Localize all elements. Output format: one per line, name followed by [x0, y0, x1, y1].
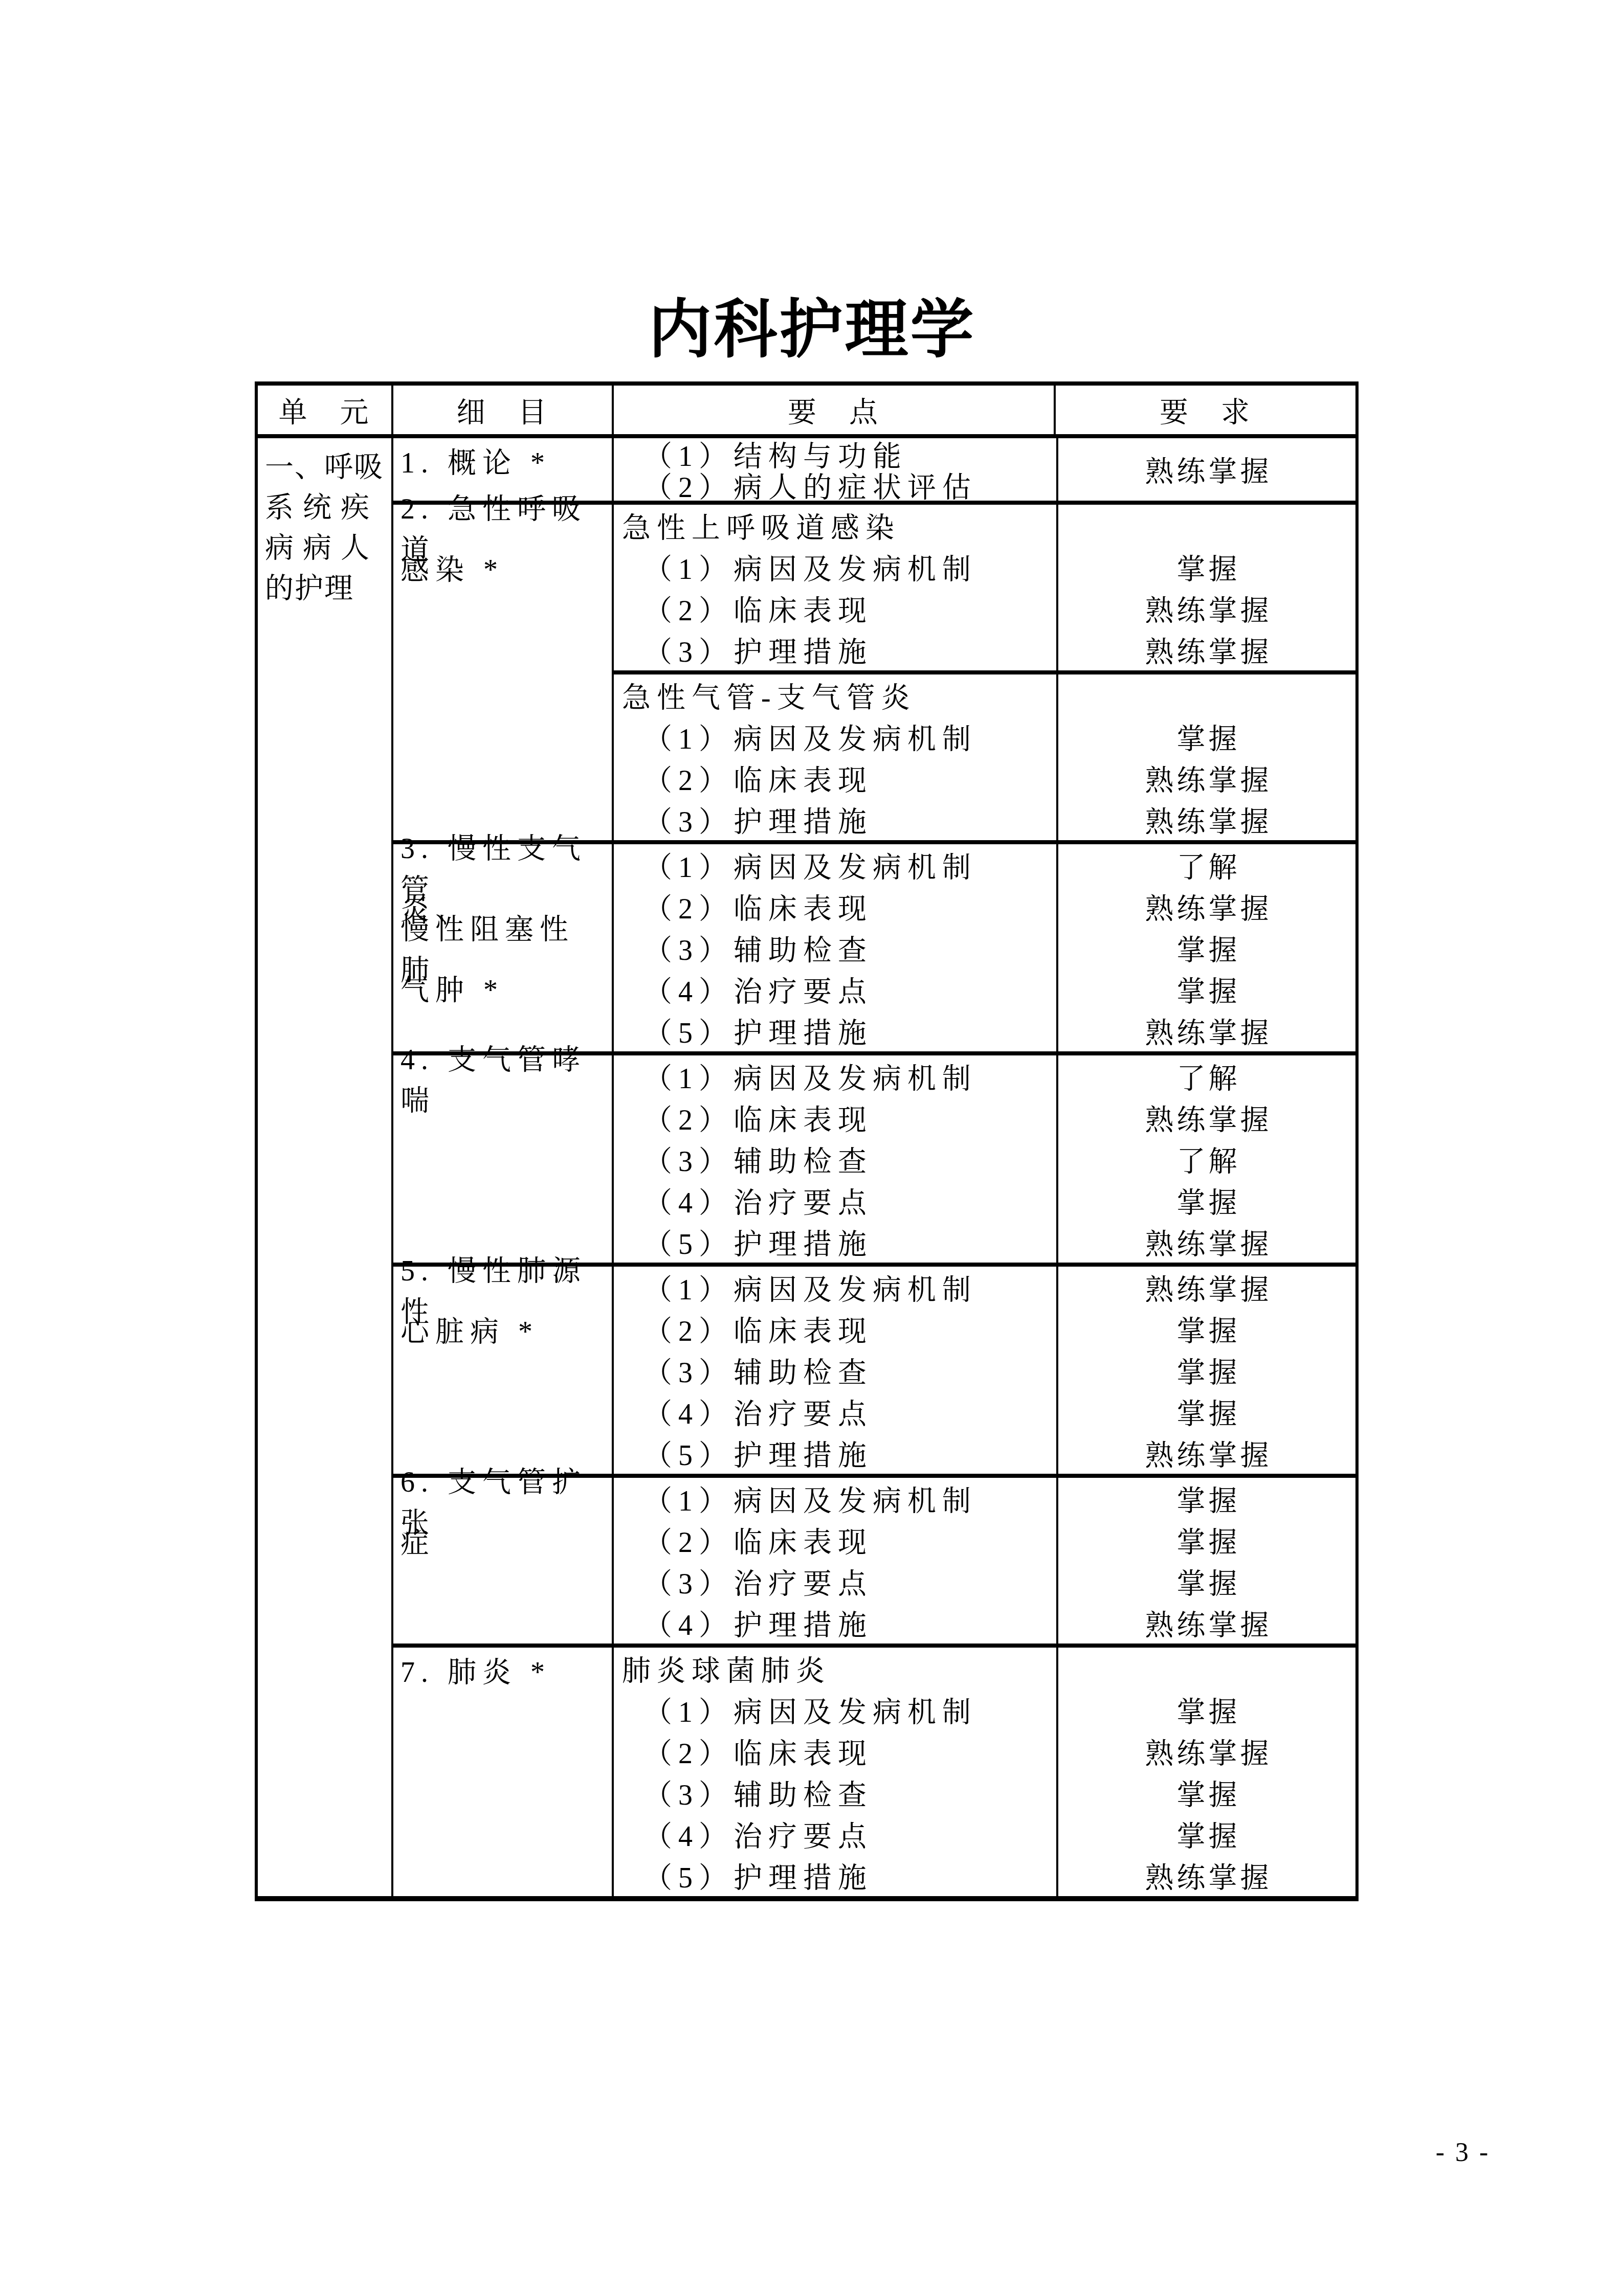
requirement-text: 掌握 [1174, 1520, 1240, 1561]
point-row: （2）临床表现掌握 [614, 1308, 1355, 1349]
requirement-cell: 掌握 [1056, 716, 1355, 757]
point-cell: （2）临床表现 [614, 1730, 1056, 1772]
point-block: （1）结构与功能（2）病人的症状评估熟练掌握 [614, 438, 1355, 501]
requirement-cell: 掌握 [1056, 1813, 1355, 1855]
point-block: （1）病因及发病机制掌握（2）临床表现掌握（3）治疗要点掌握（4）护理措施熟练掌… [614, 1478, 1355, 1644]
point-cell: （3）辅助检查 [614, 1772, 1056, 1813]
point-row: （5）护理措施熟练掌握 [614, 1010, 1355, 1051]
table-section: 7. 肺炎 *肺炎球菌肺炎（1）病因及发病机制掌握（2）临床表现熟练掌握（3）辅… [393, 1644, 1355, 1896]
requirement-text: 掌握 [1174, 1690, 1240, 1730]
requirement-cell: 熟练掌握 [1056, 886, 1355, 927]
requirement-text: 掌握 [1174, 1350, 1240, 1391]
requirement-text: 熟练掌握 [1142, 1731, 1272, 1772]
point-cell: （5）护理措施 [614, 1432, 1056, 1474]
requirement-cell: 熟练掌握 [1056, 1097, 1355, 1138]
requirement-cell: 掌握 [1056, 1772, 1355, 1813]
document-title: 内科护理学 [0, 279, 1624, 370]
requirement-text: 熟练掌握 [1142, 588, 1272, 629]
point-block: （1）病因及发病机制了解（2）临床表现熟练掌握（3）辅助检查掌握（4）治疗要点掌… [614, 844, 1355, 1051]
point-row: （3）辅助检查了解 [614, 1138, 1355, 1180]
requirement-text: 了解 [1174, 1139, 1240, 1180]
point-cell: （1）病因及发病机制 [614, 716, 1056, 757]
requirement-cell: 掌握 [1056, 1689, 1355, 1730]
point-row: 急性上呼吸道感染 [614, 505, 1355, 546]
requirement-cell: 熟练掌握 [1056, 757, 1355, 799]
point-block: 肺炎球菌肺炎（1）病因及发病机制掌握（2）临床表现熟练掌握（3）辅助检查掌握（4… [614, 1648, 1355, 1896]
requirement-text: 熟练掌握 [1142, 1267, 1272, 1308]
point-blocks: 急性上呼吸道感染（1）病因及发病机制掌握（2）临床表现熟练掌握（3）护理措施熟练… [612, 505, 1355, 840]
requirement-text: 熟练掌握 [1142, 758, 1272, 799]
point-row: （1）病因及发病机制熟练掌握 [614, 1267, 1355, 1308]
requirement-cell: 了解 [1056, 844, 1355, 886]
requirement-text: 掌握 [1174, 1772, 1240, 1813]
requirement-cell: 熟练掌握 [1056, 1267, 1355, 1308]
item-cell: 6. 支气管扩张症 [393, 1478, 612, 1644]
point-cell: （5）护理措施 [614, 1221, 1056, 1263]
point-row: （5）护理措施熟练掌握 [614, 1855, 1355, 1896]
item-line: 1. 概论 * [401, 440, 609, 481]
point-row: （3）辅助检查掌握 [614, 1349, 1355, 1391]
unit-line: 一、呼吸 [265, 444, 387, 485]
item-line: 6. 支气管扩张 [401, 1480, 609, 1520]
unit-line: 病 病 人 [265, 525, 387, 566]
point-row: （2）临床表现熟练掌握 [614, 1730, 1355, 1772]
document-page: 内科护理学 单 元 细 目 要 点 要 求 一、呼吸 系 统 疾 病 病 人 的… [0, 0, 1624, 2296]
table-header-row: 单 元 细 目 要 点 要 求 [258, 386, 1355, 438]
point-row: （4）治疗要点掌握 [614, 1180, 1355, 1221]
point-row: （5）护理措施熟练掌握 [614, 1221, 1355, 1263]
item-line: 5. 慢性肺源性 [401, 1269, 609, 1309]
point-row: （1）病因及发病机制掌握 [614, 546, 1355, 588]
point-block: （1）病因及发病机制熟练掌握（2）临床表现掌握（3）辅助检查掌握（4）治疗要点掌… [614, 1267, 1355, 1474]
requirement-text: 掌握 [1174, 1309, 1240, 1349]
item-cell: 4. 支气管哮喘 [393, 1055, 612, 1263]
requirement-cell: 熟练掌握 [1056, 588, 1355, 629]
points-list: （1）结构与功能（2）病人的症状评估 [614, 438, 1056, 501]
requirement-cell: 掌握 [1056, 969, 1355, 1010]
requirement-text: 熟练掌握 [1142, 449, 1272, 490]
point-cell: （2）临床表现 [614, 1519, 1056, 1561]
table-section: 3. 慢性支气管炎、慢性阻塞性肺气肿 *（1）病因及发病机制了解（2）临床表现熟… [393, 840, 1355, 1051]
point-cell: （3）护理措施 [614, 799, 1056, 840]
table-section: 5. 慢性肺源性心脏病 *（1）病因及发病机制熟练掌握（2）临床表现掌握（3）辅… [393, 1263, 1355, 1474]
point-cell: （1）病因及发病机制 [614, 844, 1056, 886]
requirement-text: 掌握 [1174, 1391, 1240, 1432]
item-line: 3. 慢性支气管 [401, 846, 609, 887]
point-row: （4）治疗要点掌握 [614, 969, 1355, 1010]
col-header-unit: 单 元 [258, 386, 391, 434]
table-section: 2. 急性呼吸道感染 *急性上呼吸道感染（1）病因及发病机制掌握（2）临床表现熟… [393, 501, 1355, 840]
requirement-text: 熟练掌握 [1142, 1855, 1272, 1896]
point-cell: （1）病因及发病机制 [614, 546, 1056, 588]
item-line: 7. 肺炎 * [401, 1650, 609, 1690]
point-row: （5）护理措施熟练掌握 [614, 1432, 1355, 1474]
point-blocks: （1）病因及发病机制熟练掌握（2）临床表现掌握（3）辅助检查掌握（4）治疗要点掌… [612, 1267, 1355, 1474]
requirement-text: 熟练掌握 [1142, 1433, 1272, 1474]
point-cell: （1）病因及发病机制 [614, 1689, 1056, 1730]
point-row: （1）病因及发病机制掌握 [614, 1689, 1355, 1730]
unit-line: 的护理 [265, 566, 387, 606]
point-cell: （5）护理措施 [614, 1855, 1056, 1896]
block-title: 肺炎球菌肺炎 [614, 1648, 1056, 1689]
point-row: （1）病因及发病机制掌握 [614, 1478, 1355, 1519]
point-block: 急性气管-支气管炎（1）病因及发病机制掌握（2）临床表现熟练掌握（3）护理措施熟… [614, 670, 1355, 840]
point-row: （3）护理措施熟练掌握 [614, 799, 1355, 840]
point-cell: （2）临床表现 [614, 757, 1056, 799]
requirement-text: 熟练掌握 [1142, 1010, 1272, 1051]
point-row: （4）护理措施熟练掌握 [614, 1602, 1355, 1644]
point-blocks: 肺炎球菌肺炎（1）病因及发病机制掌握（2）临床表现熟练掌握（3）辅助检查掌握（4… [612, 1648, 1355, 1896]
point-row: （4）治疗要点掌握 [614, 1813, 1355, 1855]
requirement-text: 熟练掌握 [1142, 1603, 1272, 1644]
requirement-cell: 掌握 [1056, 1349, 1355, 1391]
requirement-text: 熟练掌握 [1142, 629, 1272, 670]
table-section: 6. 支气管扩张症（1）病因及发病机制掌握（2）临床表现掌握（3）治疗要点掌握（… [393, 1474, 1355, 1644]
requirement-cell: 了解 [1056, 1055, 1355, 1097]
unit-cell: 一、呼吸 系 统 疾 病 病 人 的护理 [258, 438, 391, 1896]
requirement-cell [1056, 1648, 1355, 1689]
requirement-cell: 掌握 [1056, 1180, 1355, 1221]
requirement-cell: 熟练掌握 [1056, 1730, 1355, 1772]
item-cell: 3. 慢性支气管炎、慢性阻塞性肺气肿 * [393, 844, 612, 1051]
point-row: （1）病因及发病机制掌握 [614, 716, 1355, 757]
point-cell: （1）病因及发病机制 [614, 1055, 1056, 1097]
table-body: 一、呼吸 系 统 疾 病 病 人 的护理 1. 概论 *（1）结构与功能（2）病… [258, 438, 1355, 1896]
requirement-cell: 熟练掌握 [1056, 1010, 1355, 1051]
point-cell: （1）病因及发病机制 [614, 1267, 1056, 1308]
point-cell: （3）辅助检查 [614, 927, 1056, 969]
point-row: （3）治疗要点掌握 [614, 1561, 1355, 1602]
requirement-text: 掌握 [1174, 716, 1240, 757]
point-blocks: （1）结构与功能（2）病人的症状评估熟练掌握 [612, 438, 1355, 501]
requirement-cell: 熟练掌握 [1056, 1602, 1355, 1644]
point-cell: （3）护理措施 [614, 629, 1056, 670]
point-cell: （2）临床表现 [614, 886, 1056, 927]
requirement-text: 掌握 [1174, 928, 1240, 969]
point-cell: （3）辅助检查 [614, 1349, 1056, 1391]
sections: 1. 概论 *（1）结构与功能（2）病人的症状评估熟练掌握2. 急性呼吸道感染 … [391, 438, 1355, 1896]
requirement-cell: 熟练掌握 [1056, 1221, 1355, 1263]
syllabus-table: 单 元 细 目 要 点 要 求 一、呼吸 系 统 疾 病 病 人 的护理 1. … [255, 381, 1359, 1901]
requirement-cell: 掌握 [1056, 1561, 1355, 1602]
item-cell: 5. 慢性肺源性心脏病 * [393, 1267, 612, 1474]
requirement-cell: 掌握 [1056, 1391, 1355, 1432]
point-cell: （4）治疗要点 [614, 1813, 1056, 1855]
requirement-cell: 熟练掌握 [1056, 629, 1355, 670]
requirement-cell: 掌握 [1056, 1308, 1355, 1349]
requirement-text: 熟练掌握 [1142, 886, 1272, 927]
requirement-text: 掌握 [1174, 1180, 1240, 1221]
requirement-text: 掌握 [1174, 1561, 1240, 1602]
block-title: 急性气管-支气管炎 [614, 674, 1056, 716]
point-blocks: （1）病因及发病机制了解（2）临床表现熟练掌握（3）辅助检查掌握（4）治疗要点掌… [612, 844, 1355, 1051]
requirement-text: 熟练掌握 [1142, 1097, 1272, 1138]
block-title: 急性上呼吸道感染 [614, 505, 1056, 546]
col-header-requirement: 要 求 [1054, 386, 1355, 434]
point-row: （3）护理措施熟练掌握 [614, 629, 1355, 670]
point-cell: （3）治疗要点 [614, 1561, 1056, 1602]
requirement-cell: 掌握 [1056, 546, 1355, 588]
requirement-cell [1056, 505, 1355, 546]
item-line: 2. 急性呼吸道 [401, 507, 609, 547]
point-row: （3）辅助检查掌握 [614, 1772, 1355, 1813]
requirement-text: 掌握 [1174, 1814, 1240, 1855]
point-row: （2）临床表现熟练掌握 [614, 588, 1355, 629]
point-row: 肺炎球菌肺炎 [614, 1648, 1355, 1689]
point-row: （1）病因及发病机制了解 [614, 844, 1355, 886]
point-row: （2）临床表现掌握 [614, 1519, 1355, 1561]
requirement-text: 掌握 [1174, 1478, 1240, 1519]
requirement-text: 熟练掌握 [1142, 1222, 1272, 1263]
requirement-cell: 了解 [1056, 1138, 1355, 1180]
point-cell: （5）护理措施 [614, 1010, 1056, 1051]
requirement-text: 熟练掌握 [1142, 799, 1272, 840]
point-row: 急性气管-支气管炎 [614, 674, 1355, 716]
item-cell: 7. 肺炎 * [393, 1648, 612, 1896]
requirement-cell: 熟练掌握 [1056, 799, 1355, 840]
point-row: （2）临床表现熟练掌握 [614, 757, 1355, 799]
point-cell: （2）临床表现 [614, 1308, 1056, 1349]
point-row: （1）病因及发病机制了解 [614, 1055, 1355, 1097]
point-cell: （4）治疗要点 [614, 1391, 1056, 1432]
requirement-cell: 掌握 [1056, 1519, 1355, 1561]
point-row: （4）治疗要点掌握 [614, 1391, 1355, 1432]
point-cell: （4）治疗要点 [614, 969, 1056, 1010]
point-row: （2）临床表现熟练掌握 [614, 886, 1355, 927]
item-cell: 2. 急性呼吸道感染 * [393, 505, 612, 840]
point-line: （2）病人的症状评估 [614, 469, 1056, 501]
point-cell: （1）病因及发病机制 [614, 1478, 1056, 1519]
requirement-cell: 掌握 [1056, 1478, 1355, 1519]
requirement-text: 了解 [1174, 1056, 1240, 1097]
requirement-text: 了解 [1174, 845, 1240, 886]
requirement-text: 掌握 [1174, 547, 1240, 588]
page-number: - 3 - [1386, 2137, 1540, 2168]
col-header-points: 要 点 [612, 386, 1054, 434]
point-cell: （3）辅助检查 [614, 1138, 1056, 1180]
requirement-cell: 熟练掌握 [1056, 438, 1355, 501]
point-block: （1）病因及发病机制了解（2）临床表现熟练掌握（3）辅助检查了解（4）治疗要点掌… [614, 1055, 1355, 1263]
point-row: （2）临床表现熟练掌握 [614, 1097, 1355, 1138]
requirement-cell: 掌握 [1056, 927, 1355, 969]
col-header-item: 细 目 [391, 386, 612, 434]
requirement-cell: 熟练掌握 [1056, 1432, 1355, 1474]
item-line: 慢性阻塞性肺 [401, 927, 609, 967]
point-blocks: （1）病因及发病机制了解（2）临床表现熟练掌握（3）辅助检查了解（4）治疗要点掌… [612, 1055, 1355, 1263]
point-cell: （4）护理措施 [614, 1602, 1056, 1644]
requirement-cell: 熟练掌握 [1056, 1855, 1355, 1896]
unit-line: 系 统 疾 [265, 485, 387, 525]
requirement-text: 掌握 [1174, 969, 1240, 1010]
point-blocks: （1）病因及发病机制掌握（2）临床表现掌握（3）治疗要点掌握（4）护理措施熟练掌… [612, 1478, 1355, 1644]
table-section: 4. 支气管哮喘（1）病因及发病机制了解（2）临床表现熟练掌握（3）辅助检查了解… [393, 1051, 1355, 1263]
item-line: 4. 支气管哮喘 [401, 1057, 609, 1098]
point-cell: （2）临床表现 [614, 588, 1056, 629]
point-cell: （2）临床表现 [614, 1097, 1056, 1138]
point-row: （3）辅助检查掌握 [614, 927, 1355, 969]
point-block: 急性上呼吸道感染（1）病因及发病机制掌握（2）临床表现熟练掌握（3）护理措施熟练… [614, 505, 1355, 670]
point-cell: （4）治疗要点 [614, 1180, 1056, 1221]
requirement-cell [1056, 674, 1355, 716]
